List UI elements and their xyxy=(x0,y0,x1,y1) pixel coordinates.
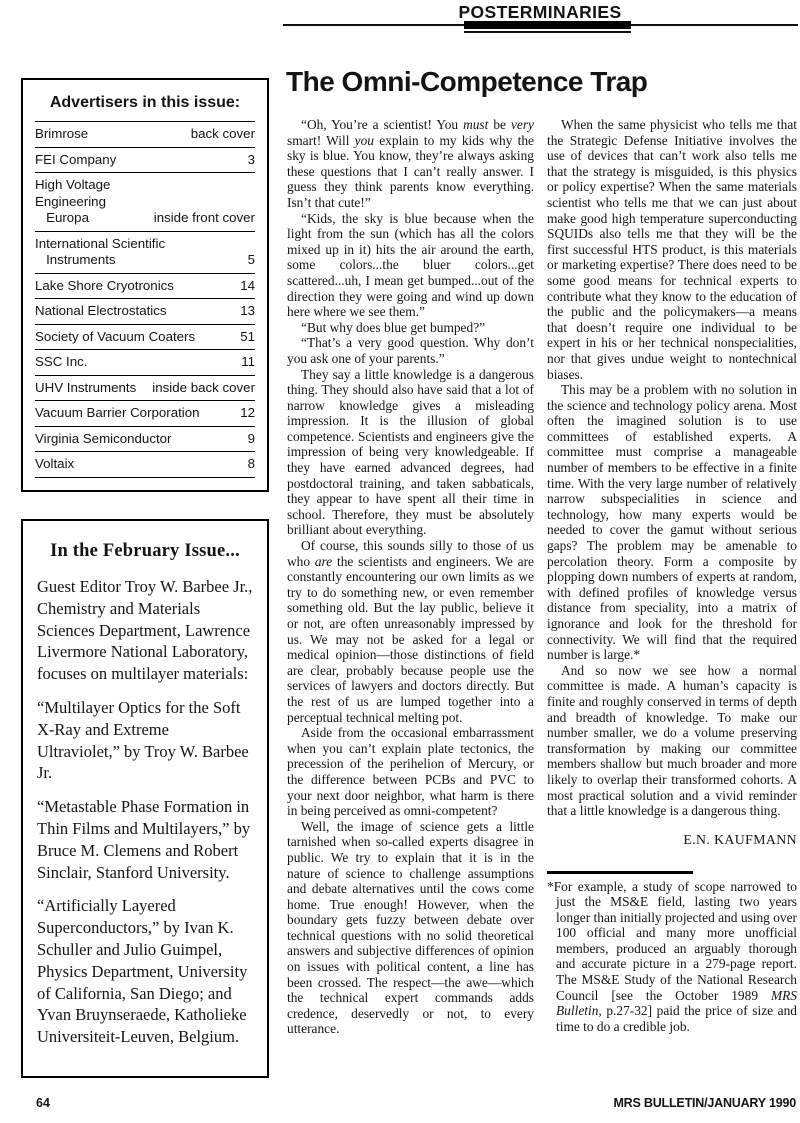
advertiser-page: 9 xyxy=(248,431,255,448)
advertiser-row: Lake Shore Cryotronics 14 xyxy=(35,273,255,299)
advertiser-name: Voltaix xyxy=(35,456,74,473)
header-bar xyxy=(464,21,631,29)
advertiser-name: Vacuum Barrier Corporation xyxy=(35,405,200,422)
article-paragraph: “Oh, You’re a scientist! You must be ver… xyxy=(287,117,534,211)
advertiser-name: International Scientific Instruments xyxy=(35,236,165,269)
advertiser-name: Virginia Semiconductor xyxy=(35,431,172,448)
article-paragraph: “That’s a very good question. Why don’t … xyxy=(287,335,534,366)
article-column-2: When the same physicist who tells me tha… xyxy=(547,117,797,1034)
advertiser-row: FEI Company 3 xyxy=(35,147,255,173)
header-bar-underline xyxy=(464,31,631,33)
advertiser-row: Society of Vacuum Coaters 51 xyxy=(35,324,255,350)
author-byline: E.N. KAUFMANN xyxy=(547,832,797,848)
advertiser-row: International Scientific Instruments 5 xyxy=(35,231,255,273)
advertiser-page: 13 xyxy=(240,303,255,320)
advertiser-page: 14 xyxy=(240,278,255,295)
article-paragraph: When the same physicist who tells me tha… xyxy=(547,117,797,382)
article-paragraph: “But why does blue get bumped?” xyxy=(287,320,534,336)
article-paragraph: Well, the image of science gets a little… xyxy=(287,819,534,1037)
article-paragraph: Of course, this sounds silly to those of… xyxy=(287,538,534,725)
advertiser-name: Lake Shore Cryotronics xyxy=(35,278,174,295)
february-issue-title: In the February Issue... xyxy=(37,541,253,562)
footnote-rule xyxy=(547,871,693,873)
february-paragraph: “Metastable Phase Formation in Thin Film… xyxy=(37,796,253,883)
article-paragraph: Aside from the occasional embarrassment … xyxy=(287,725,534,819)
advertiser-page: 5 xyxy=(248,252,255,269)
advertiser-row: National Electrostatics 13 xyxy=(35,298,255,324)
advertiser-row: Virginia Semiconductor 9 xyxy=(35,426,255,452)
advertiser-page: 11 xyxy=(241,354,255,371)
february-issue-box: In the February Issue... Guest Editor Tr… xyxy=(21,519,269,1078)
february-paragraph: “Multilayer Optics for the Soft X-Ray an… xyxy=(37,697,253,784)
article-column-1: “Oh, You’re a scientist! You must be ver… xyxy=(287,117,534,1037)
journal-footer: MRS BULLETIN/JANUARY 1990 xyxy=(613,1096,796,1110)
article-title: The Omni-Competence Trap xyxy=(286,66,647,98)
advertisers-title: Advertisers in this issue: xyxy=(35,88,255,121)
article-paragraph: And so now we see how a normal committee… xyxy=(547,663,797,819)
advertiser-page: 8 xyxy=(248,456,255,473)
section-header: POSTERMINARIES xyxy=(283,2,797,23)
article-paragraph: They say a little knowledge is a dangero… xyxy=(287,367,534,539)
advertiser-name: Society of Vacuum Coaters xyxy=(35,329,195,346)
footnote: *For example, a study of scope narrowed … xyxy=(547,879,797,1035)
page-number: 64 xyxy=(36,1096,50,1110)
advertiser-page: 51 xyxy=(240,329,255,346)
advertiser-name: SSC Inc. xyxy=(35,354,87,371)
advertiser-name: High Voltage Engineering Europa xyxy=(35,177,146,227)
advertiser-name: UHV Instruments xyxy=(35,380,136,397)
advertiser-page: inside front cover xyxy=(154,210,255,227)
magazine-page: POSTERMINARIES Advertisers in this issue… xyxy=(0,0,800,1123)
advertisers-box: Advertisers in this issue: Brimrose back… xyxy=(21,78,269,492)
advertiser-page: back cover xyxy=(191,126,255,143)
february-paragraph: Guest Editor Troy W. Barbee Jr., Chemist… xyxy=(37,576,253,685)
advertiser-row: High Voltage Engineering Europa inside f… xyxy=(35,172,255,231)
advertiser-page: 3 xyxy=(248,152,255,169)
advertiser-name: National Electrostatics xyxy=(35,303,167,320)
advertiser-row: Brimrose back cover xyxy=(35,121,255,147)
advertiser-row: Vacuum Barrier Corporation 12 xyxy=(35,400,255,426)
advertiser-name: Brimrose xyxy=(35,126,88,143)
article-paragraph: This may be a problem with no solution i… xyxy=(547,382,797,663)
february-paragraph: “Artificially Layered Superconductors,” … xyxy=(37,895,253,1048)
advertiser-name: FEI Company xyxy=(35,152,116,169)
advertiser-page: 12 xyxy=(240,405,255,422)
advertiser-row: Voltaix 8 xyxy=(35,451,255,478)
article-paragraph: “Kids, the sky is blue because when the … xyxy=(287,211,534,320)
advertiser-row: UHV Instruments inside back cover xyxy=(35,375,255,401)
advertiser-page: inside back cover xyxy=(152,380,255,397)
advertiser-row: SSC Inc. 11 xyxy=(35,349,255,375)
